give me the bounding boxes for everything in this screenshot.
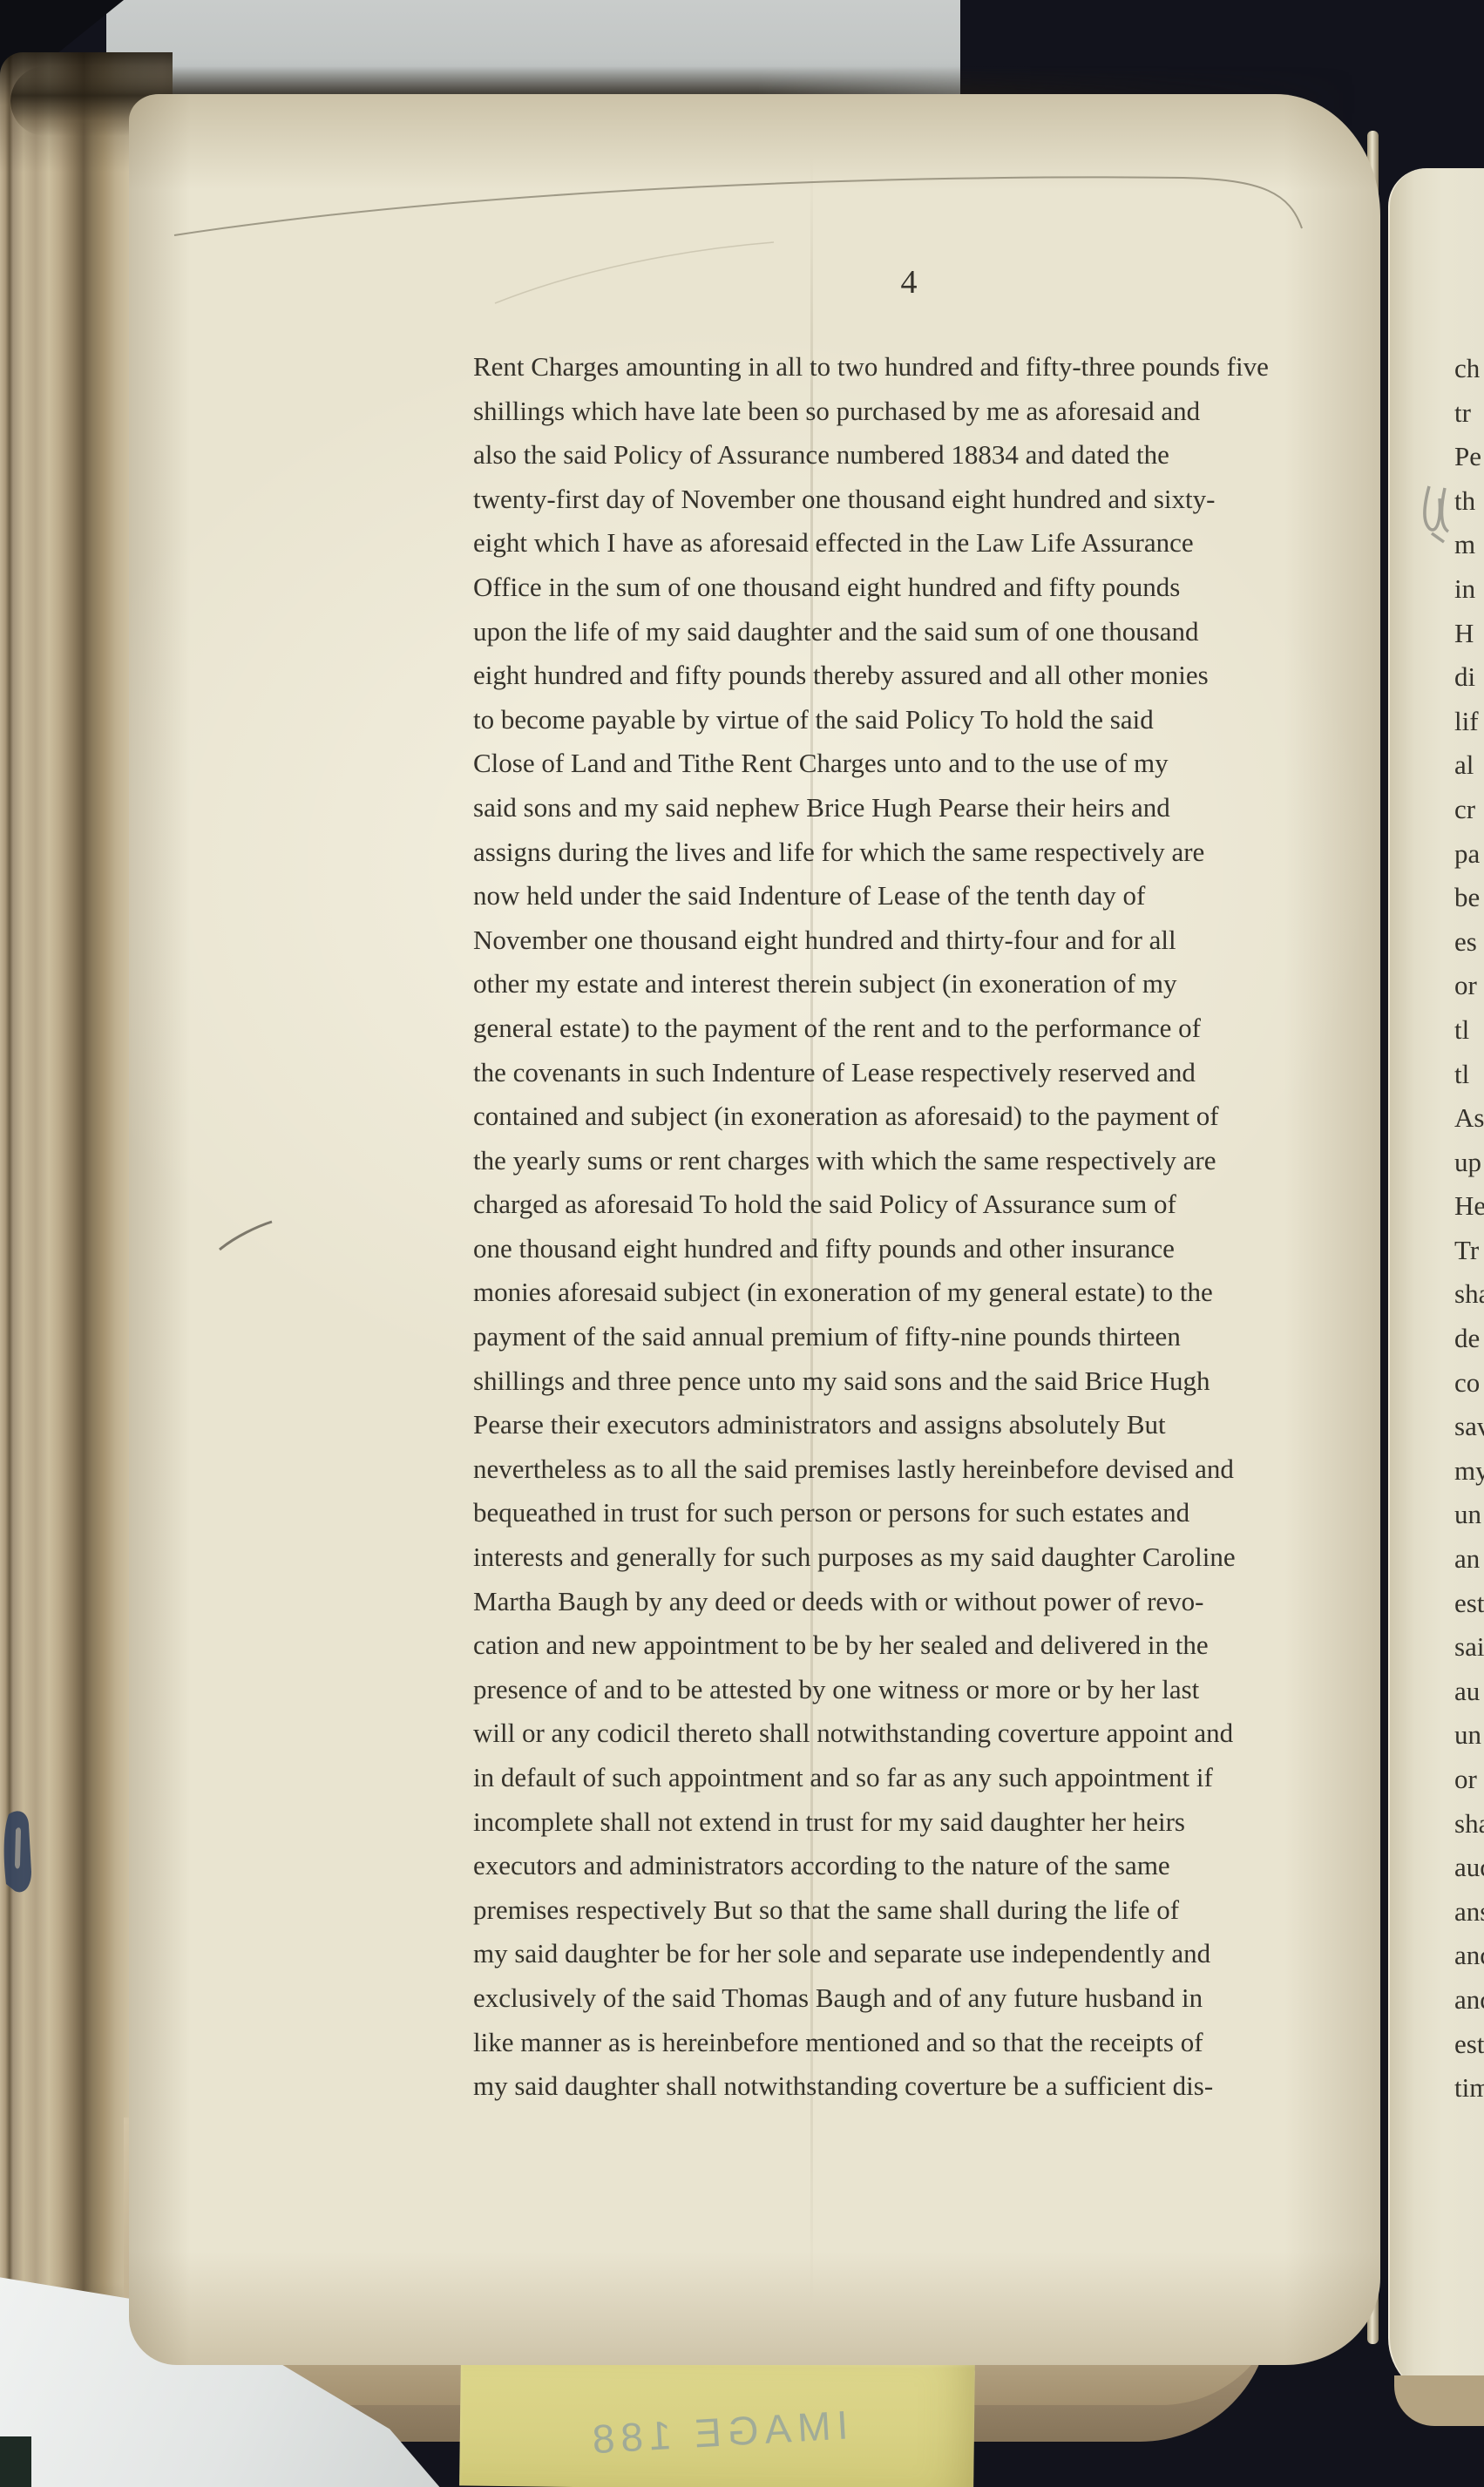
next-page-text-line: an bbox=[1454, 1537, 1484, 1582]
next-page-text-line: tl bbox=[1454, 1008, 1484, 1053]
document-line: interests and generally for such purpose… bbox=[473, 1535, 1345, 1580]
next-page-text-line: H bbox=[1454, 612, 1484, 656]
next-page-text-line: Pe bbox=[1454, 435, 1484, 479]
document-line: other my estate and interest therein sub… bbox=[473, 962, 1345, 1006]
next-page-text-line: co bbox=[1454, 1361, 1484, 1406]
next-page-text-line: cr bbox=[1454, 788, 1484, 832]
next-page-text-line: ch bbox=[1454, 347, 1484, 391]
next-page-text-line: anc bbox=[1454, 1934, 1484, 1978]
next-page-text-line: be bbox=[1454, 876, 1484, 920]
document-line: will or any codicil thereto shall notwit… bbox=[473, 1711, 1345, 1756]
next-page-text-line: est bbox=[1454, 1582, 1484, 1626]
sticky-note: IMAGE 188 bbox=[459, 2355, 975, 2487]
document-line: shillings which have late been so purcha… bbox=[473, 390, 1345, 434]
document-line: Close of Land and Tithe Rent Charges unt… bbox=[473, 742, 1345, 786]
document-line: Martha Baugh by any deed or deeds with o… bbox=[473, 1580, 1345, 1624]
next-page-text-line: de bbox=[1454, 1317, 1484, 1361]
document-line: my said daughter shall notwithstanding c… bbox=[473, 2064, 1345, 2109]
next-page-text-line: m bbox=[1454, 523, 1484, 567]
document-line: bequeathed in trust for such person or p… bbox=[473, 1491, 1345, 1535]
next-page-text-line: al bbox=[1454, 743, 1484, 788]
document-line: now held under the said Indenture of Lea… bbox=[473, 874, 1345, 918]
document-line: to become payable by virtue of the said … bbox=[473, 698, 1345, 742]
document-line: like manner as is hereinbefore mentioned… bbox=[473, 2021, 1345, 2065]
document-line: in default of such appointment and so fa… bbox=[473, 1756, 1345, 1800]
document-line: monies aforesaid subject (in exoneration… bbox=[473, 1271, 1345, 1315]
document-line: presence of and to be attested by one wi… bbox=[473, 1668, 1345, 1712]
next-page-text-fragments: chtrPethminHdilifalcrpabeesortltlAsupHeT… bbox=[1454, 347, 1484, 2111]
document-line: twenty-first day of November one thousan… bbox=[473, 478, 1345, 522]
document-line: my said daughter be for her sole and sep… bbox=[473, 1932, 1345, 1976]
document-line: November one thousand eight hundred and … bbox=[473, 918, 1345, 963]
next-page-text-line: un bbox=[1454, 1493, 1484, 1537]
next-page-text-line: th bbox=[1454, 479, 1484, 524]
document-line: premises respectively But so that the sa… bbox=[473, 1888, 1345, 1933]
document-page: 4 Rent Charges amounting in all to two h… bbox=[129, 94, 1380, 2365]
next-page-text-line: in bbox=[1454, 567, 1484, 612]
bottom-left-dark-corner bbox=[0, 2436, 31, 2487]
document-line: Office in the sum of one thousand eight … bbox=[473, 566, 1345, 610]
document-line: Rent Charges amounting in all to two hun… bbox=[473, 345, 1345, 390]
document-line: one thousand eight hundred and fifty pou… bbox=[473, 1227, 1345, 1271]
next-page-text-line: es bbox=[1454, 920, 1484, 965]
document-line: shillings and three pence unto my said s… bbox=[473, 1359, 1345, 1404]
document-line: charged as aforesaid To hold the said Po… bbox=[473, 1183, 1345, 1227]
document-line: the covenants in such Indenture of Lease… bbox=[473, 1051, 1345, 1095]
next-page-text-line: anc bbox=[1454, 1978, 1484, 2023]
next-page-text-line: pa bbox=[1454, 832, 1484, 877]
next-page-text-line: di bbox=[1454, 655, 1484, 700]
document-line: nevertheless as to all the said premises… bbox=[473, 1447, 1345, 1492]
next-page-text-line: up bbox=[1454, 1141, 1484, 1185]
document-line: the yearly sums or rent charges with whi… bbox=[473, 1139, 1345, 1183]
document-line: upon the life of my said daughter and th… bbox=[473, 610, 1345, 654]
next-page-text-line: sai bbox=[1454, 1625, 1484, 1670]
next-page-text-line: ans bbox=[1454, 1890, 1484, 1935]
document-text: Rent Charges amounting in all to two hun… bbox=[473, 345, 1345, 2109]
document-line: incomplete shall not extend in trust for… bbox=[473, 1800, 1345, 1845]
document-line: also the said Policy of Assurance number… bbox=[473, 433, 1345, 478]
next-page-text-line: sav bbox=[1454, 1405, 1484, 1449]
document-line: exclusively of the said Thomas Baugh and… bbox=[473, 1976, 1345, 2021]
document-line: contained and subject (in exoneration as… bbox=[473, 1094, 1345, 1139]
next-page-text-line: my bbox=[1454, 1449, 1484, 1494]
next-page-text-line: sha bbox=[1454, 1802, 1484, 1847]
next-page-text-line: tr bbox=[1454, 391, 1484, 436]
next-page-text-line: or bbox=[1454, 1758, 1484, 1802]
next-page-text-line: auc bbox=[1454, 1846, 1484, 1890]
page-number: 4 bbox=[865, 263, 952, 302]
book-scan: IMAGE 188 chtrPethminHdilifalcrpabeesort… bbox=[0, 0, 1484, 2487]
next-page-text-line: est bbox=[1454, 2023, 1484, 2067]
document-line: eight which I have as aforesaid effected… bbox=[473, 521, 1345, 566]
next-page-text-line: Tr bbox=[1454, 1229, 1484, 1273]
next-page-sliver: chtrPethminHdilifalcrpabeesortltlAsupHeT… bbox=[1388, 168, 1484, 2399]
document-line: said sons and my said nephew Brice Hugh … bbox=[473, 786, 1345, 830]
document-line: Pearse their executors administrators an… bbox=[473, 1403, 1345, 1447]
sticky-note-mirrored-text: IMAGE 188 bbox=[494, 2396, 940, 2468]
next-page-text-line: He bbox=[1454, 1184, 1484, 1229]
document-line: general estate) to the payment of the re… bbox=[473, 1006, 1345, 1051]
next-page-text-line: lif bbox=[1454, 700, 1484, 744]
next-page-bottom-edge bbox=[1394, 2375, 1484, 2426]
document-line: executors and administrators according t… bbox=[473, 1844, 1345, 1888]
next-page-text-line: tl bbox=[1454, 1053, 1484, 1097]
next-page-text-line: or bbox=[1454, 964, 1484, 1008]
document-line: cation and new appointment to be by her … bbox=[473, 1623, 1345, 1668]
document-line: assigns during the lives and life for wh… bbox=[473, 830, 1345, 875]
next-page-text-line: As bbox=[1454, 1096, 1484, 1141]
next-page-text-line: sha bbox=[1454, 1272, 1484, 1317]
next-page-text-line: au bbox=[1454, 1670, 1484, 1714]
next-page-text-line: un bbox=[1454, 1713, 1484, 1758]
document-line: eight hundred and fifty pounds thereby a… bbox=[473, 654, 1345, 698]
document-line: payment of the said annual premium of fi… bbox=[473, 1315, 1345, 1359]
next-page-text-line: tim bbox=[1454, 2066, 1484, 2111]
